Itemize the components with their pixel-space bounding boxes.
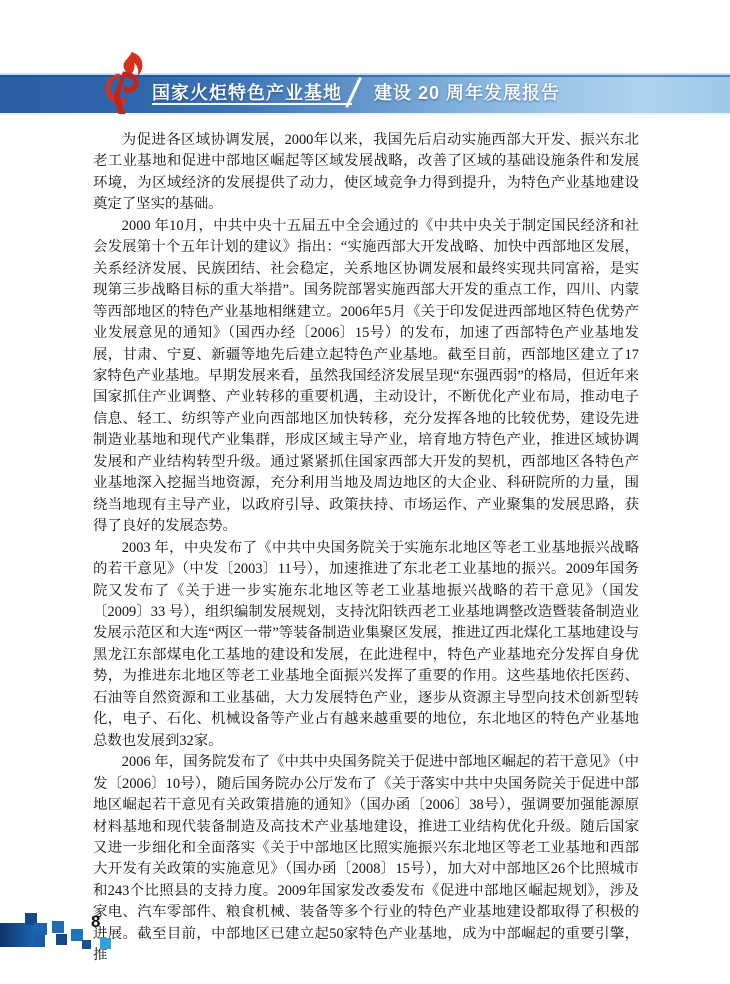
body-paragraph-3: 2003 年，中央发布了《中共中央国务院关于实施东北地区等老工业基地振兴战略的若… [93,538,639,753]
pixel-decoration-block [0,923,34,947]
header-title-underline [152,103,352,105]
header-title-secondary: 建设 20 周年发展报告 [374,73,560,111]
pixel-decoration-square [34,935,45,947]
page-number: 8 [91,912,100,932]
pixel-decoration-square [82,940,91,949]
header-title-primary: 国家火炬特色产业基地 [152,73,342,111]
torch-logo-icon [99,52,149,116]
pixel-decoration-square [34,923,47,935]
pixel-decoration-square [56,934,67,945]
document-page: 国家火炬特色产业基地 建设 20 周年发展报告 为促进各区域协调发展，2000年… [0,0,730,984]
body-paragraph-2: 2000 年10月，中共中央十五届五中全会通过的《中共中央关于制定国民经济和社会… [93,216,639,538]
pixel-decoration-square [100,938,111,949]
body-paragraph-4: 2006 年，国务院发布了《中共中央国务院关于促进中部地区崛起的若干意见》（中发… [93,752,639,967]
pixel-decoration-square [52,921,64,933]
report-body: 为促进各区域协调发展，2000年以来，我国先后启动实施西部大开发、振兴东北老工业… [93,130,639,967]
body-paragraph-1: 为促进各区域协调发展，2000年以来，我国先后启动实施西部大开发、振兴东北老工业… [93,130,639,216]
